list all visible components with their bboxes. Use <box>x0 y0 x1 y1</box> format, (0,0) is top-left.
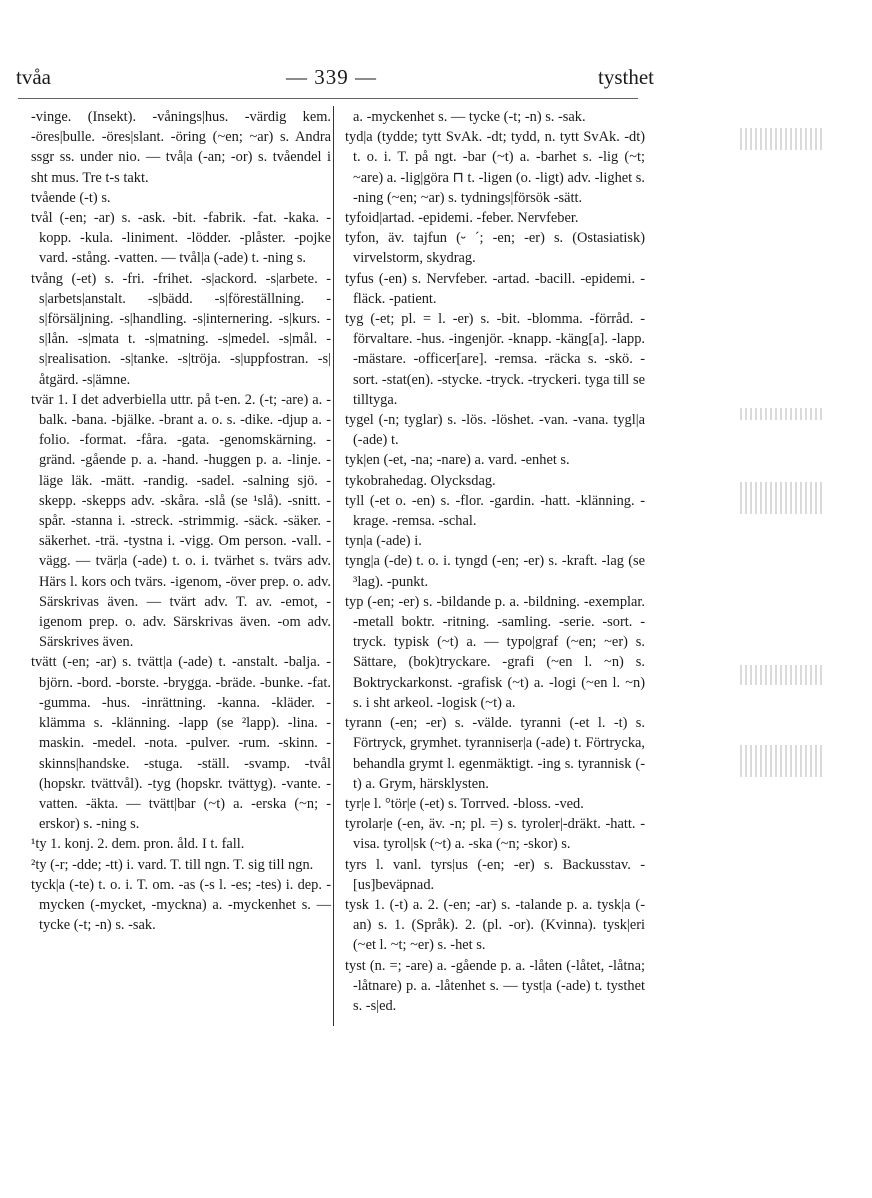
column-divider <box>333 106 334 1026</box>
right-guide-word: tysthet <box>534 65 654 90</box>
page-number: — 339 — <box>286 65 377 90</box>
page-header: tvåa — 339 — tysthet <box>16 62 382 94</box>
dictionary-entry: ¹ty 1. konj. 2. dem. pron. åld. I t. fal… <box>31 834 331 854</box>
dictionary-entry: ²ty (-r; -dde; -tt) i. vard. T. till ngn… <box>31 855 331 875</box>
dictionary-entry: tvång (-et) s. -fri. -frihet. -s|ackord.… <box>31 269 331 390</box>
dictionary-entry: tyk|en (-et, -na; -nare) a. vard. -enhet… <box>345 450 645 470</box>
dictionary-entry: typ (-en; -er) s. -bildande p. a. -bildn… <box>345 592 645 713</box>
scan-artifact <box>740 665 822 685</box>
dictionary-entry: tyd|a (tydde; tytt SvAk. -dt; tydd, n. t… <box>345 127 645 208</box>
dictionary-entry: tyfoid|artad. -epidemi. -feber. Nervfebe… <box>345 208 645 228</box>
dictionary-entry: tyrolar|e (-en, äv. -n; pl. =) s. tyrole… <box>345 814 645 854</box>
dictionary-entry: tyck|a (-te) t. o. i. T. om. -as (-s l. … <box>31 875 331 936</box>
header-rule <box>18 98 638 99</box>
dictionary-entry: tyrann (-en; -er) s. -välde. tyranni (-e… <box>345 713 645 794</box>
dictionary-entry: tyll (-et o. -en) s. -flor. -gardin. -ha… <box>345 491 645 531</box>
scan-artifact <box>740 128 822 150</box>
left-column: -vinge. (Insekt). -vånings|hus. -värdig … <box>31 107 331 935</box>
left-guide-word: tvåa <box>16 65 51 90</box>
dictionary-entry: tysk 1. (-t) a. 2. (-en; -ar) s. -taland… <box>345 895 645 956</box>
dictionary-entry: tvär 1. I det adverbiella uttr. på t-en.… <box>31 390 331 653</box>
dictionary-entry: tygel (-n; tyglar) s. -lös. -löshet. -va… <box>345 410 645 450</box>
dictionary-entry: tyg (-et; pl. = l. -er) s. -bit. -blomma… <box>345 309 645 410</box>
dictionary-entry: -vinge. (Insekt). -vånings|hus. -värdig … <box>31 107 331 188</box>
dictionary-entry: tykobrahedag. Olycksdag. <box>345 471 645 491</box>
dictionary-entry: tvående (-t) s. <box>31 188 331 208</box>
dictionary-entry: tyng|a (-de) t. o. i. tyngd (-en; -er) s… <box>345 551 645 591</box>
dictionary-entry: tvätt (-en; -ar) s. tvätt|a (-ade) t. -a… <box>31 652 331 834</box>
dictionary-entry: a. -myckenhet s. — tycke (-t; -n) s. -sa… <box>345 107 645 127</box>
scan-artifact <box>740 482 822 514</box>
dictionary-entry: tyrs l. vanl. tyrs|us (-en; -er) s. Back… <box>345 855 645 895</box>
dictionary-entry: tyst (n. =; -are) a. -gående p. a. -låte… <box>345 956 645 1017</box>
right-column: a. -myckenhet s. — tycke (-t; -n) s. -sa… <box>345 107 645 1016</box>
dictionary-entry: tyr|e l. °tör|e (-et) s. Torrved. -bloss… <box>345 794 645 814</box>
scan-artifact <box>740 408 822 420</box>
dictionary-entry: tyfon, äv. tajfun (⏑ ´; -en; -er) s. (Os… <box>345 228 645 268</box>
dictionary-entry: tvål (-en; -ar) s. -ask. -bit. -fabrik. … <box>31 208 331 269</box>
dictionary-entry: tyfus (-en) s. Nervfeber. -artad. -bacil… <box>345 269 645 309</box>
scan-artifact <box>740 745 822 777</box>
dictionary-entry: tyn|a (-ade) i. <box>345 531 645 551</box>
